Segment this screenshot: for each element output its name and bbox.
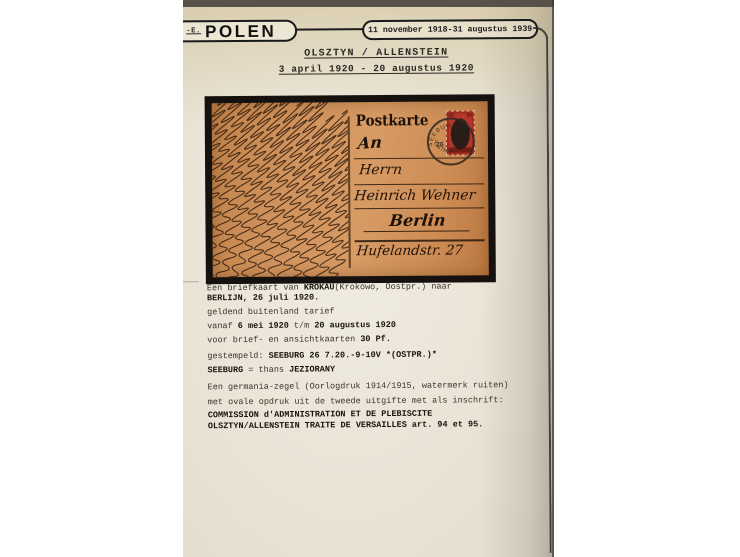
period-label: 11 november 1918-31 augustus 1939 bbox=[368, 24, 532, 34]
address-street: Hufelandstr. 27 bbox=[356, 242, 464, 259]
description-line: OLSZTYN/ALLENSTEIN TRAITE DE VERSAILLES … bbox=[208, 419, 544, 431]
description-line: SEEBURG = thans JEZIORANY bbox=[207, 363, 543, 375]
album-page-photo: -E. POLEN 11 november 1918-31 augustus 1… bbox=[183, 0, 554, 557]
postcard-divider-line bbox=[348, 116, 351, 268]
address-intro: An bbox=[357, 132, 383, 152]
postmark-day: 26 bbox=[436, 142, 444, 149]
address-city: Berlin bbox=[363, 210, 471, 232]
description-line: geldend buitenland tarief bbox=[207, 305, 543, 317]
country-title: POLEN bbox=[205, 22, 276, 39]
period-pill: 11 november 1918-31 augustus 1939 bbox=[362, 19, 538, 40]
description-line: BERLIJN, 26 juli 1920. bbox=[207, 291, 543, 303]
postcard-heading: Postkarte bbox=[356, 112, 429, 130]
margin-corner-mark bbox=[183, 272, 199, 282]
postcard-mount-frame: Postkarte An Herrn Heinrich Wehner Berli… bbox=[205, 94, 496, 284]
address-rule bbox=[355, 239, 485, 241]
address-line2: Heinrich Wehner bbox=[353, 187, 476, 204]
description-line: voor brief- en ansichtkaarten 30 Pf. bbox=[207, 333, 543, 345]
description-block: Een briefkaart van KROKAU(Krokowo, Oostp… bbox=[207, 281, 544, 431]
header-connector-line bbox=[295, 28, 364, 30]
header-prefix: -E. bbox=[186, 27, 201, 35]
section-title: OLSZTYN / ALLENSTEIN bbox=[236, 47, 516, 60]
address-rule bbox=[354, 183, 484, 185]
address-rule bbox=[354, 207, 484, 209]
description-line: gestempeld: SEEBURG 26 7.20.-9-10V *(OST… bbox=[207, 349, 543, 361]
handwritten-message-scribbles bbox=[212, 102, 349, 277]
section-dates: 3 april 1920 - 20 augustus 1920 bbox=[236, 62, 516, 75]
postcard: Postkarte An Herrn Heinrich Wehner Berli… bbox=[212, 101, 489, 277]
description-line: met ovale opdruk uit de tweede uitgifte … bbox=[208, 395, 544, 407]
address-line1: Herrn bbox=[358, 162, 402, 178]
description-line: Een germania-zegel (Oorlogdruk 1914/1915… bbox=[208, 380, 544, 392]
description-line: vanaf 6 mei 1920 t/m 20 augustus 1920 bbox=[207, 319, 543, 331]
seeburg-postmark: SEEBURG *OSTPR* 26 bbox=[424, 114, 478, 168]
country-header-pill: -E. POLEN bbox=[183, 20, 297, 43]
page-content: -E. POLEN 11 november 1918-31 augustus 1… bbox=[183, 0, 554, 557]
